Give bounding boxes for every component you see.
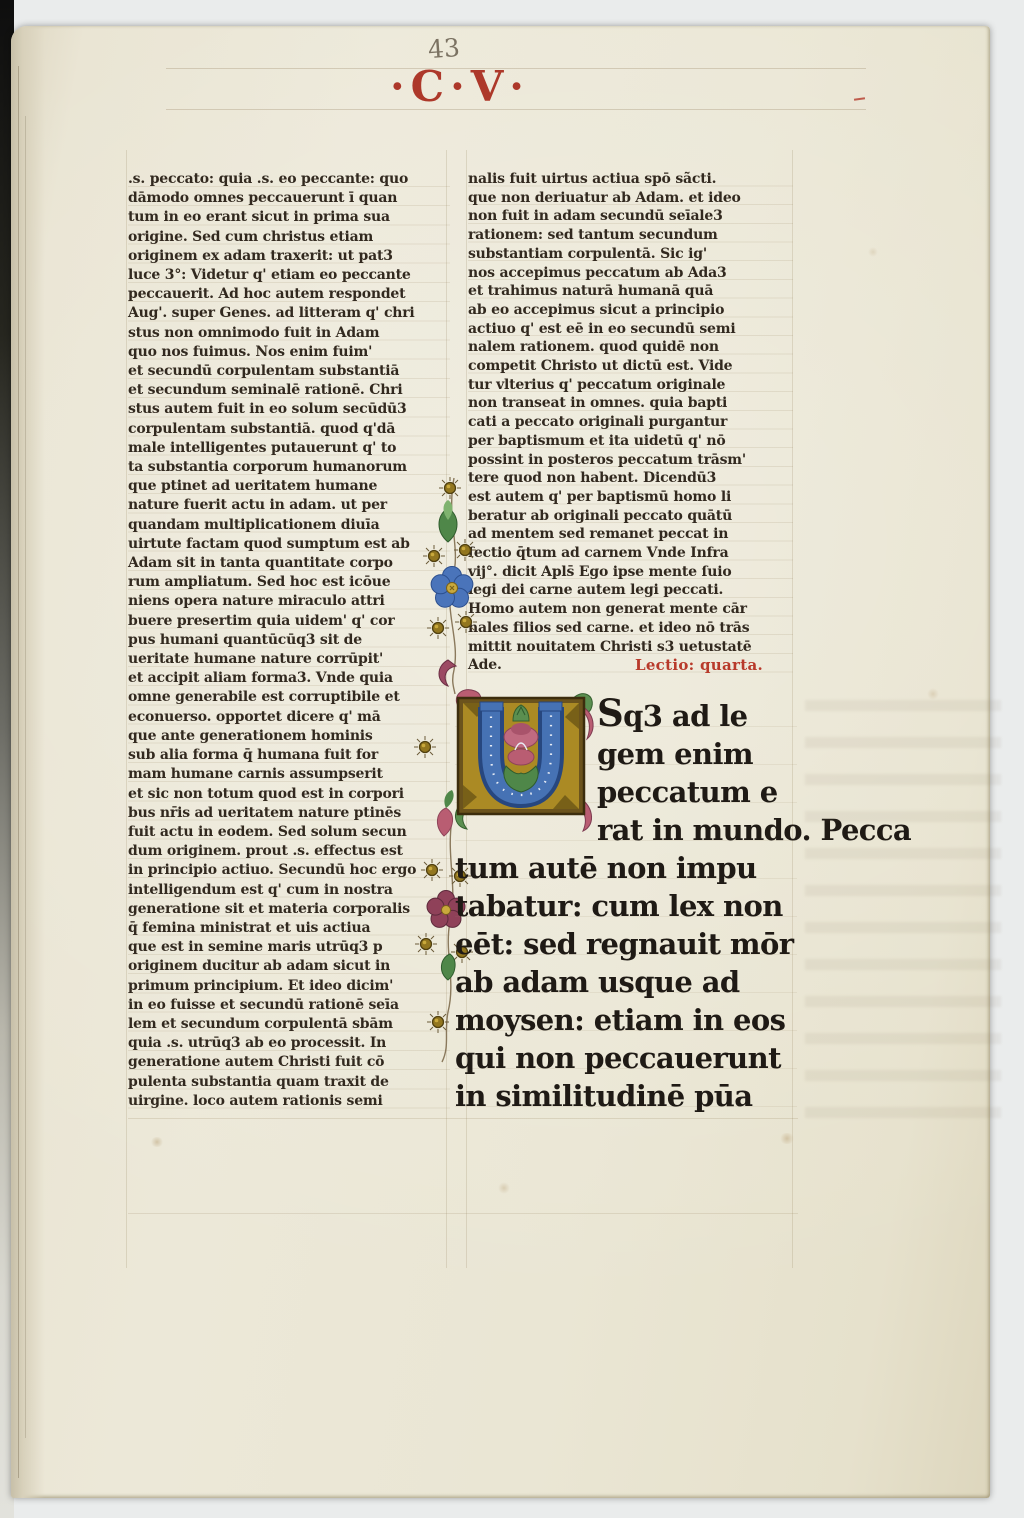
lection-line: ab adam usque ad bbox=[455, 963, 797, 1001]
manuscript-line: rum ampliatum. Sed hoc est icōue bbox=[128, 573, 450, 592]
manuscript-line: ab eo accepimus sicut a principio bbox=[468, 301, 793, 320]
manuscript-line: originem ducitur ab adam sicut in bbox=[128, 957, 450, 976]
manuscript-line: sub alia forma q̄ humana fuit for bbox=[128, 746, 450, 765]
manuscript-line: stus autem fuit in eo solum secūdū3 bbox=[128, 400, 450, 419]
ruling-line bbox=[128, 1213, 798, 1214]
lection-line: qui non peccauerunt bbox=[455, 1039, 797, 1077]
manuscript-line: male intelligentes putauerunt q' to bbox=[128, 439, 450, 458]
lection-line: moysen: etiam in eos bbox=[455, 1001, 797, 1039]
manuscript-line: bus nr̄is ad ueritatem nature ptinēs bbox=[128, 804, 450, 823]
manuscript-line: non fuit in adam secundū seīale3 bbox=[468, 207, 793, 226]
lection-line: in similitudinē pūa bbox=[455, 1077, 797, 1115]
manuscript-line: tum in eo erant sicut in prima sua bbox=[128, 208, 450, 227]
left-column: .s. peccato: quia .s. eo peccante: quodā… bbox=[128, 170, 450, 1111]
manuscript-line: et accipit aliam forma3. Vnde quia bbox=[128, 669, 450, 688]
rubric-lectio-quarta: Lectio: quarta. bbox=[468, 656, 763, 674]
manuscript-line: vij°. dicit Apls̄ Ego ipse mente ſuio bbox=[468, 563, 793, 582]
manuscript-line: fectio q̄tum ad carnem Vnde Infra bbox=[468, 544, 793, 563]
manuscript-line: primum principium. Et ideo dicim' bbox=[128, 977, 450, 996]
manuscript-line: per baptismum et ita uidetū q' nō bbox=[468, 432, 793, 451]
verso-show-through bbox=[805, 700, 1001, 1140]
lection-text-block: Sq3 ad legem enimpeccatum erat in mundo.… bbox=[455, 694, 797, 1115]
manuscript-line: origine. Sed cum christus etiam bbox=[128, 228, 450, 247]
ruling-line bbox=[128, 1118, 798, 1119]
manuscript-line: ad mentem sed remanet peccat in bbox=[468, 525, 793, 544]
manuscript-line: competit Christo ut dictū est. Vide bbox=[468, 357, 793, 376]
manuscript-line: quandam multiplicationem diuīa bbox=[128, 516, 450, 535]
stacked-page-edges bbox=[11, 26, 45, 1498]
page-edge-line bbox=[18, 66, 19, 1478]
manuscript-scan: 43 ·C·V· .s. peccato: quia .s. eo peccan… bbox=[0, 0, 1024, 1518]
manuscript-line: legi dei carne autem legi peccati. bbox=[468, 581, 793, 600]
manuscript-line: et secundum seminalē rationē. Chri bbox=[128, 381, 450, 400]
manuscript-line: omne generabile est corruptibile et bbox=[128, 688, 450, 707]
manuscript-line: q̄ femina ministrat et uis actiua bbox=[128, 919, 450, 938]
manuscript-line: in principio actiuo. Secundū hoc ergo bbox=[128, 861, 450, 880]
manuscript-line: nalem rationem. quod quidē non bbox=[468, 338, 793, 357]
manuscript-line: dāmodo omnes peccauerunt ī quan bbox=[128, 189, 450, 208]
manuscript-line: quia .s. utrūq3 ab eo processit. In bbox=[128, 1034, 450, 1053]
manuscript-line: que ante generationem hominis bbox=[128, 727, 450, 746]
right-column: nalis fuit uirtus actiua spō sãcti.que n… bbox=[468, 170, 793, 675]
manuscript-line: generatione sit et materia corporalis bbox=[128, 900, 450, 919]
chapter-heading: ·C·V· bbox=[320, 62, 600, 111]
manuscript-line: nature fuerit actu in adam. ut per bbox=[128, 496, 450, 515]
manuscript-line: intelligendum est q' cum in nostra bbox=[128, 881, 450, 900]
manuscript-line: et secundū corpulentam substantiā bbox=[128, 362, 450, 381]
manuscript-line: cati a peccato originali purgantur bbox=[468, 413, 793, 432]
manuscript-line: luce 3°: Videtur q' etiam eo peccante bbox=[128, 266, 450, 285]
manuscript-line: dum originem. prout .s. effectus est bbox=[128, 842, 450, 861]
manuscript-line: fuit actu in eodem. Sed solum secun bbox=[128, 823, 450, 842]
fox-spot bbox=[150, 1137, 164, 1147]
manuscript-line: Homo autem non generat mente cār bbox=[468, 600, 793, 619]
illuminated-initial-U bbox=[455, 695, 587, 817]
manuscript-page: 43 ·C·V· .s. peccato: quia .s. eo peccan… bbox=[11, 26, 990, 1498]
manuscript-line: possint in posteros peccatum trāsm' bbox=[468, 451, 793, 470]
red-margin-tick bbox=[854, 97, 865, 101]
folio-number: 43 bbox=[427, 33, 461, 64]
manuscript-line: tur vlterius q' peccatum originale bbox=[468, 376, 793, 395]
fox-spot bbox=[498, 1182, 510, 1194]
manuscript-line: nalis fuit uirtus actiua spō sãcti. bbox=[468, 170, 793, 189]
manuscript-line: .s. peccato: quia .s. eo peccante: quo bbox=[128, 170, 450, 189]
manuscript-line: rationem: sed tantum secundum bbox=[468, 226, 793, 245]
lection-line: tum autē non impu bbox=[455, 849, 797, 887]
page-edge-line bbox=[25, 116, 26, 1438]
manuscript-line: originem ex adam traxerit: ut pat3 bbox=[128, 247, 450, 266]
ruling-line bbox=[166, 68, 866, 69]
manuscript-line: et trahimus naturā humanā quā bbox=[468, 282, 793, 301]
ruling-line bbox=[166, 109, 866, 110]
manuscript-line: econuerso. opportet dicere q' mā bbox=[128, 708, 450, 727]
manuscript-line: mam humane carnis assumpserit bbox=[128, 765, 450, 784]
manuscript-line: mittit nouitatem Christi s3 uetustatē bbox=[468, 638, 793, 657]
manuscript-line: que non deriuatur ab Adam. et ideo bbox=[468, 189, 793, 208]
manuscript-line: nales filios sed carne. et ideo nō trās bbox=[468, 619, 793, 638]
manuscript-line: peccauerit. Ad hoc autem respondet bbox=[128, 285, 450, 304]
manuscript-line: actiuo q' est eē in eo secundū semi bbox=[468, 320, 793, 339]
manuscript-line: quo nos fuimus. Nos enim fuim' bbox=[128, 343, 450, 362]
manuscript-line: beratur ab originali peccato quātū bbox=[468, 507, 793, 526]
manuscript-line: que est in semine maris utrūq3 p bbox=[128, 938, 450, 957]
manuscript-line: ta substantia corporum humanorum bbox=[128, 458, 450, 477]
manuscript-line: que ptinet ad ueritatem humane bbox=[128, 477, 450, 496]
manuscript-line: uirtute factam quod sumptum est ab bbox=[128, 535, 450, 554]
manuscript-line: pus humani quantūcūq3 sit de bbox=[128, 631, 450, 650]
fox-spot bbox=[927, 688, 939, 700]
lection-line: eēt: sed regnauit mōr bbox=[455, 925, 797, 963]
fox-spot bbox=[868, 247, 878, 257]
manuscript-line: Aug'. super Genes. ad litteram q' chri bbox=[128, 304, 450, 323]
manuscript-line: non transeat in omnes. quia bapti bbox=[468, 394, 793, 413]
manuscript-line: generatione autem Christi fuit cō bbox=[128, 1053, 450, 1072]
manuscript-line: et sic non totum quod est in corpori bbox=[128, 785, 450, 804]
manuscript-line: est autem q' per baptismū homo li bbox=[468, 488, 793, 507]
manuscript-line: uirgine. loco autem rationis semi bbox=[128, 1092, 450, 1111]
manuscript-line: stus non omnimodo fuit in Adam bbox=[128, 324, 450, 343]
manuscript-line: lem et secundum corpulentā sbām bbox=[128, 1015, 450, 1034]
manuscript-line: niens opera nature miraculo attri bbox=[128, 592, 450, 611]
manuscript-line: ueritate humane nature corrūpit' bbox=[128, 650, 450, 669]
manuscript-line: tere quod non habent. Dicendū3 bbox=[468, 469, 793, 488]
manuscript-line: Adam sit in tanta quantitate corpo bbox=[128, 554, 450, 573]
lection-line: tabatur: cum lex non bbox=[455, 887, 797, 925]
ruling-line bbox=[126, 150, 127, 1268]
manuscript-line: in eo fuisse et secundū rationē seīa bbox=[128, 996, 450, 1015]
manuscript-line: pulenta substantia quam traxit de bbox=[128, 1073, 450, 1092]
manuscript-line: corpulentam substantiā. quod q'dā bbox=[128, 420, 450, 439]
manuscript-line: nos accepimus peccatum ab Ada3 bbox=[468, 264, 793, 283]
manuscript-line: substantiam corpulentā. Sic ig' bbox=[468, 245, 793, 264]
manuscript-line: buere presertim quia uidem' q' cor bbox=[128, 612, 450, 631]
fox-spot bbox=[779, 1133, 795, 1144]
